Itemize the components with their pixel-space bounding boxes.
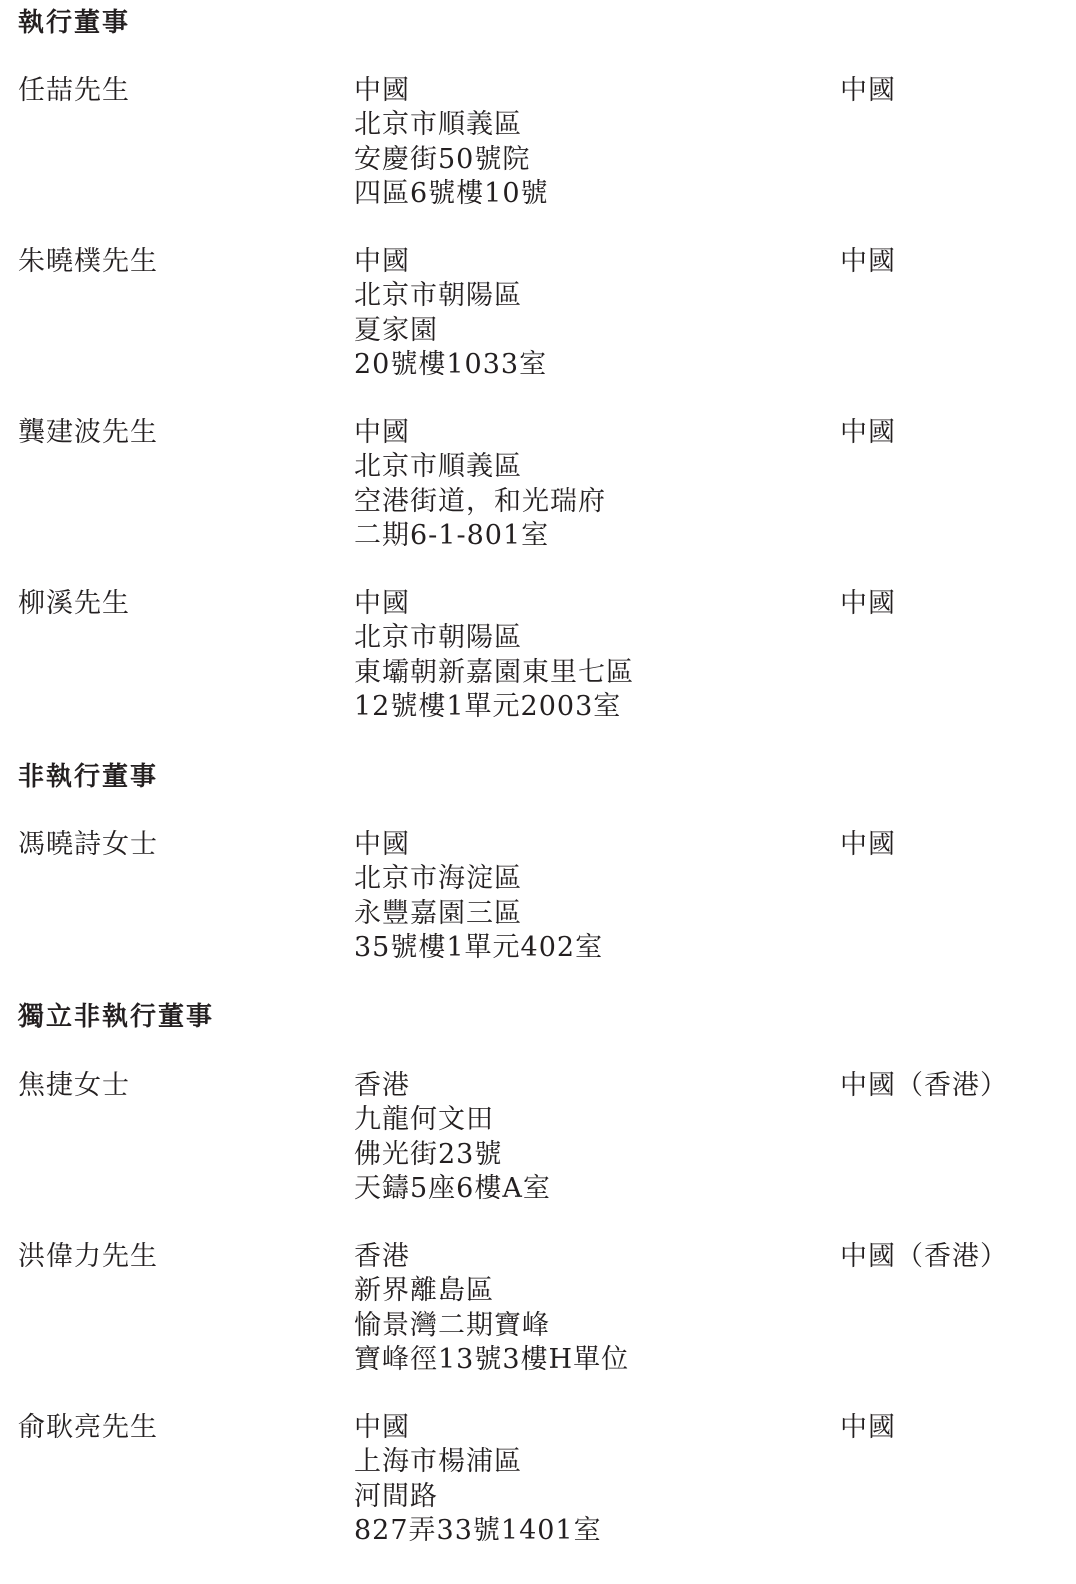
director-name: 洪偉力先生	[18, 1240, 158, 1274]
director-name: 柳溪先生	[18, 587, 130, 621]
address-line: 寶峰徑13號3樓H單位	[354, 1343, 629, 1377]
director-address: 香港 九龍何文田 佛光街23號 天鑄5座6樓A室	[354, 1069, 551, 1206]
address-line: 永豐嘉園三區	[354, 897, 603, 931]
address-line: 愉景灣二期寶峰	[354, 1309, 629, 1343]
address-line: 香港	[354, 1069, 551, 1103]
address-line: 中國	[354, 587, 634, 621]
director-nationality: 中國（香港）	[840, 1069, 1008, 1103]
director-address: 中國 北京市朝陽區 東壩朝新嘉園東里七區 12號樓1單元2003室	[354, 587, 634, 724]
director-address: 中國 北京市朝陽區 夏家園 20號樓1033室	[354, 245, 547, 382]
address-line: 九龍何文田	[354, 1103, 551, 1137]
director-name: 任喆先生	[18, 74, 130, 108]
address-line: 北京市海淀區	[354, 862, 603, 896]
director-nationality: 中國	[840, 245, 896, 279]
director-nationality: 中國	[840, 828, 896, 862]
address-line: 上海市楊浦區	[354, 1445, 602, 1479]
address-line: 佛光街23號	[354, 1138, 551, 1172]
address-line: 35號樓1單元402室	[354, 931, 603, 965]
address-line: 香港	[354, 1240, 629, 1274]
director-nationality: 中國	[840, 587, 896, 621]
address-line: 中國	[354, 828, 603, 862]
director-nationality: 中國	[840, 74, 896, 108]
address-line: 中國	[354, 416, 606, 450]
address-line: 天鑄5座6樓A室	[354, 1172, 551, 1206]
director-nationality: 中國（香港）	[840, 1240, 1008, 1274]
director-address: 中國 北京市順義區 安慶街50號院 四區6號樓10號	[354, 74, 549, 211]
section-heading-non-executive-directors: 非執行董事	[18, 760, 158, 794]
address-line: 東壩朝新嘉園東里七區	[354, 656, 634, 690]
address-line: 20號樓1033室	[354, 348, 547, 382]
address-line: 北京市朝陽區	[354, 279, 547, 313]
address-line: 北京市順義區	[354, 450, 606, 484]
director-address: 中國 上海市楊浦區 河間路 827弄33號1401室	[354, 1411, 602, 1548]
director-nationality: 中國	[840, 416, 896, 450]
director-address: 中國 北京市順義區 空港街道，和光瑞府 二期6-1-801室	[354, 416, 606, 553]
address-line: 空港街道，和光瑞府	[354, 485, 606, 519]
address-line: 安慶街50號院	[354, 143, 549, 177]
address-line: 新界離島區	[354, 1274, 629, 1308]
address-line: 中國	[354, 74, 549, 108]
address-line: 夏家園	[354, 314, 547, 348]
director-name: 焦捷女士	[18, 1069, 130, 1103]
section-heading-executive-directors: 執行董事	[18, 6, 130, 40]
address-line: 二期6-1-801室	[354, 519, 606, 553]
section-heading-independent-non-executive-directors: 獨立非執行董事	[18, 1000, 214, 1034]
address-line: 827弄33號1401室	[354, 1514, 602, 1548]
director-address: 香港 新界離島區 愉景灣二期寶峰 寶峰徑13號3樓H單位	[354, 1240, 629, 1377]
address-line: 四區6號樓10號	[354, 177, 549, 211]
address-line: 中國	[354, 1411, 602, 1445]
director-nationality: 中國	[840, 1411, 896, 1445]
address-line: 中國	[354, 245, 547, 279]
director-name: 俞耿亮先生	[18, 1411, 158, 1445]
address-line: 河間路	[354, 1480, 602, 1514]
director-name: 馮曉詩女士	[18, 828, 158, 862]
director-address: 中國 北京市海淀區 永豐嘉園三區 35號樓1單元402室	[354, 828, 603, 965]
director-name: 朱曉樸先生	[18, 245, 158, 279]
director-name: 龔建波先生	[18, 416, 158, 450]
address-line: 12號樓1單元2003室	[354, 690, 634, 724]
address-line: 北京市朝陽區	[354, 621, 634, 655]
address-line: 北京市順義區	[354, 108, 549, 142]
